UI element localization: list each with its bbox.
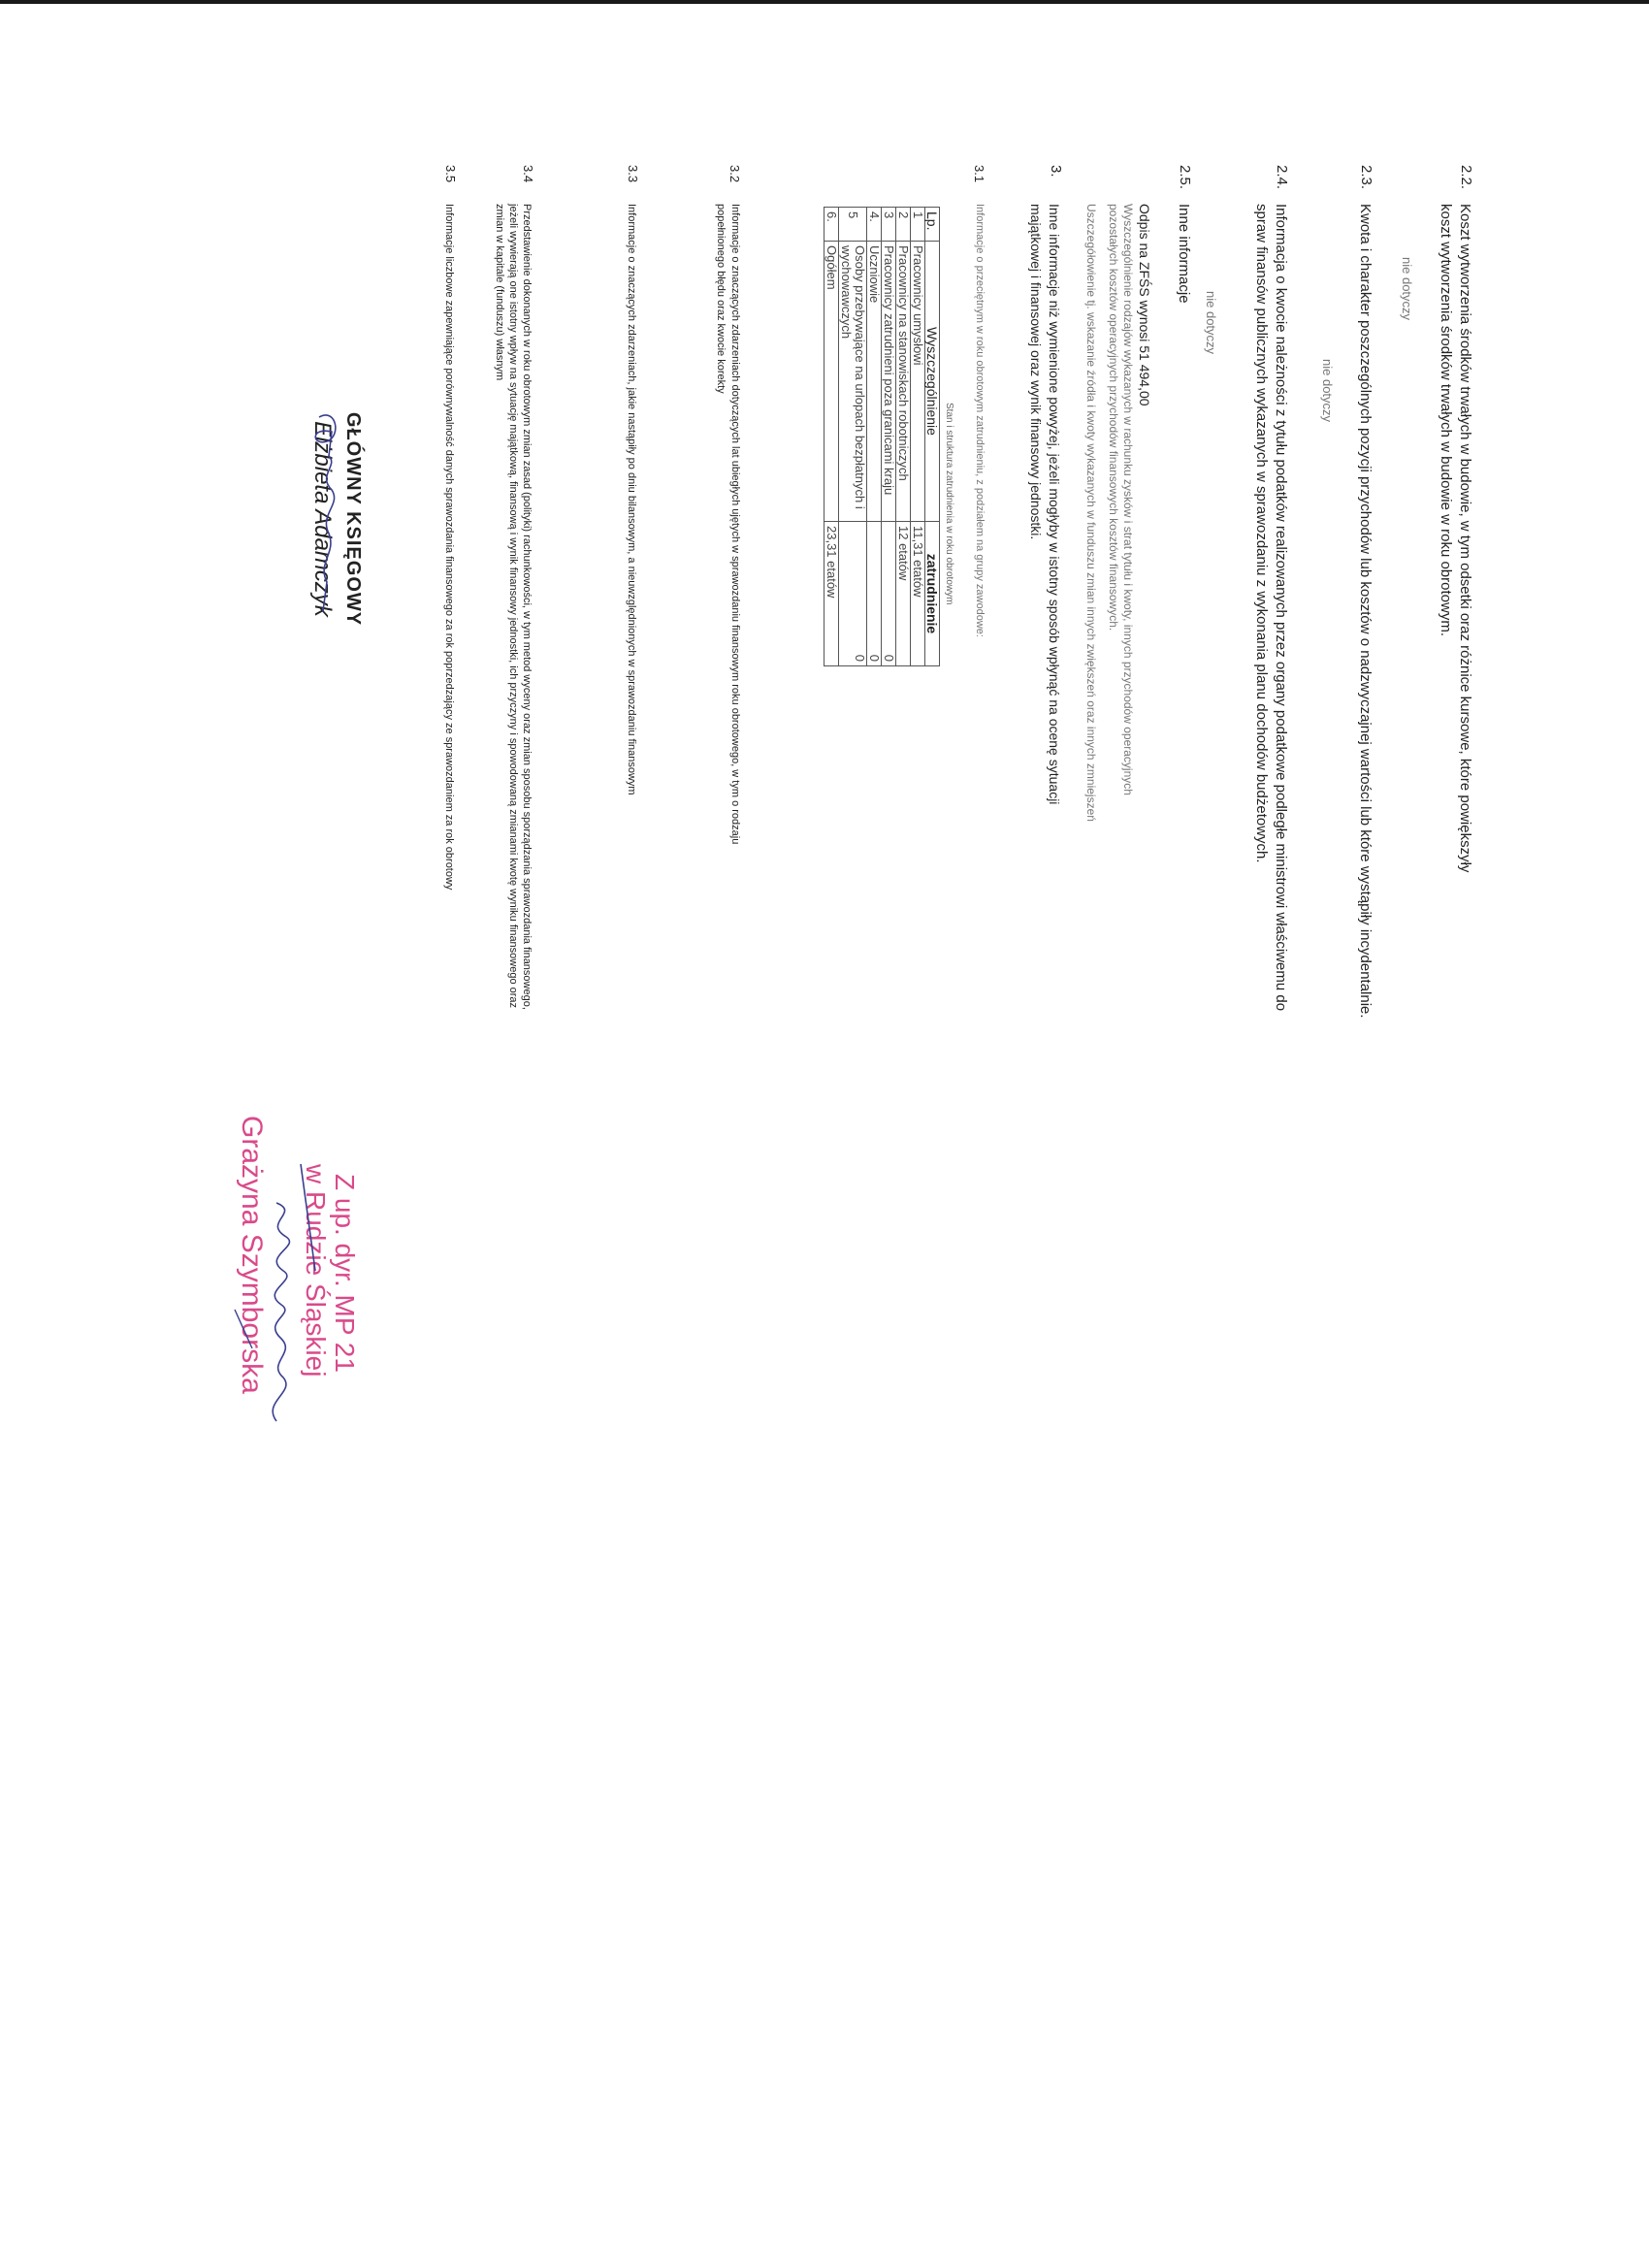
table-row: 6.Ogółem23,31 etatów [824, 208, 839, 666]
section-text-line: Informacje o znaczących zdarzeniach, jak… [625, 204, 638, 795]
cell-desc: Pracownicy na stanowiskach robotniczych [896, 242, 911, 522]
header-desc: Wyszczególnienie [925, 242, 940, 522]
section-text-line: Uszczegółowienie tj. wskazanie źródła i … [1084, 204, 1098, 822]
header-value: zatrudnienie [925, 522, 940, 666]
section-text-line: pozostałych kosztów operacyjnych przycho… [1107, 204, 1120, 631]
section-title: Inne informacje [1174, 204, 1193, 304]
cell-desc: Osoby przebywające na urlopach bezpłatny… [839, 242, 867, 522]
cell-desc-text: Uczniowie [867, 245, 881, 517]
section-number: 3.3 [626, 165, 640, 182]
section-text-line: Wyszczególnienie rodzajów wykazanych w r… [1121, 204, 1135, 795]
cell-zero: 0 [853, 655, 866, 662]
rotated-page: 2.2. Koszt wytworzenia środków trwałych … [0, 0, 1649, 2268]
section-number: 2.4. [1274, 165, 1290, 189]
section-text-line: Kwota i charakter poszczególnych pozycji… [1355, 204, 1374, 1019]
table-row: 2Pracownicy na stanowiskach robotniczych… [896, 208, 911, 666]
cell-zero: 0 [882, 655, 895, 662]
table-row: 5Osoby przebywające na urlopach bezpłatn… [839, 208, 867, 666]
section-answer: nie dotyczy [1201, 291, 1220, 354]
section-text-line: Przedstawienie dokonanych w roku obrotow… [520, 204, 533, 1010]
employment-table: Lp. Wyszczególnienie zatrudnienie 1Praco… [824, 207, 940, 666]
cell-lp: 4. [867, 208, 882, 242]
cell-desc: Uczniowie [867, 242, 882, 522]
cell-desc-text: Pracownicy na stanowiskach robotniczych [896, 245, 910, 517]
cell-lp: 2 [896, 208, 911, 242]
section-number: 3.5 [443, 165, 458, 182]
cell-desc-text: wychowawczych [839, 245, 853, 517]
cell-desc: Pracownicy umysłowi [911, 242, 925, 522]
chief-accountant-signature: GŁÓWNY KSIĘGOWY Elżbieta Adamczyk [308, 359, 364, 679]
section-number: 2.3. [1358, 165, 1374, 189]
header-lp: Lp. [925, 208, 940, 242]
section-number: 2.5. [1177, 165, 1193, 189]
cell-desc-text: Osoby przebywające na urlopach bezpłatny… [853, 245, 866, 517]
section-text-line: koszt wytworzenia środków trwałych w bud… [1436, 204, 1455, 636]
cell-value: 0 [882, 522, 896, 666]
table-row: 4.Uczniowie0 [867, 208, 882, 666]
stamp-line: Z up. dyr. MP 21 [330, 1116, 359, 1394]
cell-desc-text: Pracownicy umysłowi [911, 245, 924, 517]
table-caption: Stan i struktura zatrudnienia w roku obr… [944, 403, 954, 604]
cell-value: 23,31 etatów [824, 522, 839, 666]
section-text-line: Koszt wytworzenia środków trwałych w bud… [1455, 204, 1474, 872]
section-number: 3.4 [521, 165, 535, 182]
section-text-line: Odpis na ZFŚS wynosi 51 494,00 [1135, 204, 1154, 406]
cell-zero: 0 [867, 655, 881, 662]
cell-lp: 6. [824, 208, 839, 242]
director-stamp: Z up. dyr. MP 21 w Rudzie Śląskiej Graży… [235, 1116, 359, 1394]
cell-value: 12 etatów [896, 522, 911, 666]
section-text-line: Informacja o kwocie należności z tytułu … [1271, 204, 1290, 1011]
section-text-line: zmian w kapitale (funduszu) własnym [493, 204, 506, 380]
cell-desc-text: Ogółem [824, 245, 838, 517]
cell-lp: 1 [911, 208, 925, 242]
cell-value: 0 [839, 522, 867, 666]
cell-desc: Pracownicy zatrudnieni poza granicami kr… [882, 242, 896, 522]
cell-value-text: 12 etatów [896, 526, 911, 580]
section-text-line: Inne informacje niż wymienione powyżej, … [1045, 204, 1064, 804]
section-text-line: popełnionego błędu oraz kwocie korekty [714, 204, 727, 394]
section-answer: nie dotyczy [1317, 359, 1337, 422]
section-text-line: Informacje o przeciętnym w roku obrotowy… [973, 204, 986, 637]
section-text-line: majątkowej i finansowej oraz wynik finan… [1026, 204, 1046, 539]
section-text-line: Informacje liczbowe zapewniające porówny… [442, 204, 456, 890]
table-header-row: Lp. Wyszczególnienie zatrudnienie [925, 208, 940, 666]
handwritten-signature-icon [233, 1154, 320, 1445]
cell-value-text: 11,31 etatów [911, 526, 925, 597]
cell-value: 11,31 etatów [911, 522, 925, 666]
section-text-line: Informacje o znaczących zdarzeniach doty… [728, 204, 742, 844]
section-text-line: spraw finansów publicznych wykazanych w … [1251, 204, 1271, 863]
section-number: 3.2 [727, 165, 742, 182]
section-answer: nie dotyczy [1397, 257, 1416, 320]
section-number: 3.1 [972, 165, 986, 182]
table-row: 1Pracownicy umysłowi11,31 etatów [911, 208, 925, 666]
section-number: 3. [1048, 165, 1064, 178]
section-number: 2.2. [1458, 165, 1474, 189]
cell-value-text: 23,31 etatów [824, 526, 839, 598]
handwritten-signature-icon [307, 398, 346, 631]
cell-desc-text: Pracownicy zatrudnieni poza granicami kr… [882, 245, 895, 517]
cell-value: 0 [867, 522, 882, 666]
section-text-line: jeżeli wywierają one istotny wpływ na sy… [506, 204, 520, 1008]
table-row: 3Pracownicy zatrudnieni poza granicami k… [882, 208, 896, 666]
cell-desc: Ogółem [824, 242, 839, 522]
cell-lp: 5 [839, 208, 867, 242]
cell-lp: 3 [882, 208, 896, 242]
